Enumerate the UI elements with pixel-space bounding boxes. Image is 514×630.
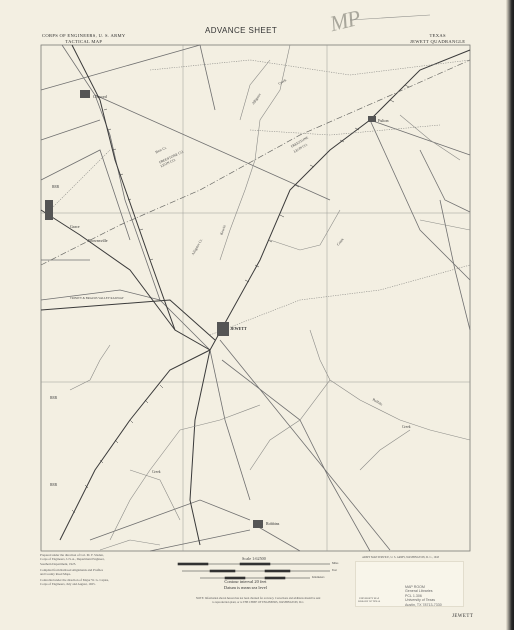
contour-info: Contour interval 20 feet Datum is mean s… [224, 579, 267, 590]
contour-interval: Contour interval 20 feet [224, 579, 267, 585]
note-line-2: to reproduction plant, or to THE CHIEF O… [196, 601, 320, 605]
town-block-fulton [368, 116, 376, 122]
label-rrr-1: RRR [52, 185, 59, 189]
town-label-grace: Grace [70, 224, 80, 229]
scale-title: Scale 1:62500 [242, 556, 266, 561]
credit-line-1: Prepared under the direction of Col. M. … [40, 553, 104, 557]
county-line [41, 60, 470, 265]
library-logo-line-2: LIBRARY OF TEXAS [358, 600, 380, 603]
label-creek-4: Creek [152, 470, 161, 474]
footer-quadrangle-name: JEWETT [452, 614, 473, 619]
scale-ratio: 1:62500 [252, 556, 266, 561]
label-rrr-2: RRR [50, 396, 57, 400]
library-stamp-text: MAP ROOM General Libraries PCL 1.306 Uni… [405, 585, 442, 607]
contour-datum: Datum is mean sea level [224, 585, 267, 591]
printer-line: ARMY MAP SERVICE, U. S. ARMY, WASHINGTON… [362, 556, 439, 559]
town-block-jewett [217, 322, 229, 336]
town-block-robbins [253, 520, 263, 528]
town-label-fulton: Fulton [378, 118, 388, 123]
town-label-concord: Concord [93, 94, 107, 99]
scale-feet-label: Feet [332, 569, 337, 572]
credit-line-2: Corps of Engineers, U.S.A., Department E… [40, 557, 105, 561]
town-block-concord [80, 90, 90, 98]
library-line-5: Austin, TX 78713-7330 [405, 603, 442, 607]
torn-edge [506, 0, 514, 630]
streams [70, 15, 470, 550]
scale-km-label: Kilometers [312, 576, 324, 579]
map-sheet: CORPS OF ENGINEERS, U. S. ARMY TACTICAL … [0, 0, 514, 630]
town-label-robbins: Robbins [266, 521, 279, 526]
library-logo-text: UNIVERSITY MAP LIBRARY OF TEXAS [358, 597, 380, 603]
credit-line-6: Controlled under the direction of Major … [40, 578, 109, 582]
scale-miles-label: Miles [332, 562, 338, 565]
credit-line-4: Compiled from Railroad Alignments and Pr… [40, 568, 103, 572]
note-block: NOTE: Information shown hereon has not b… [196, 597, 320, 604]
label-creek-3: Creek [402, 425, 411, 429]
town-label-jewett: JEWETT [230, 326, 247, 331]
town-block-grace [45, 200, 53, 220]
credits-block: Prepared under the direction of Col. M. … [40, 553, 109, 588]
label-railroad: TRINITY & BRAZOS VALLEY RAILWAY [70, 296, 124, 300]
credit-line-5: and County Road Maps. [40, 572, 71, 576]
town-label-brownsville: Brownsville [88, 238, 108, 243]
scale-bars [178, 563, 330, 579]
scale-word: Scale [242, 556, 251, 561]
label-rrr-3: RRR [50, 483, 57, 487]
trails [50, 60, 470, 335]
town-blocks [45, 90, 376, 528]
credit-line-3: Southern Department, 1925. [40, 562, 76, 566]
credit-line-7: Corps of Engineers, July and August, 192… [40, 582, 96, 586]
